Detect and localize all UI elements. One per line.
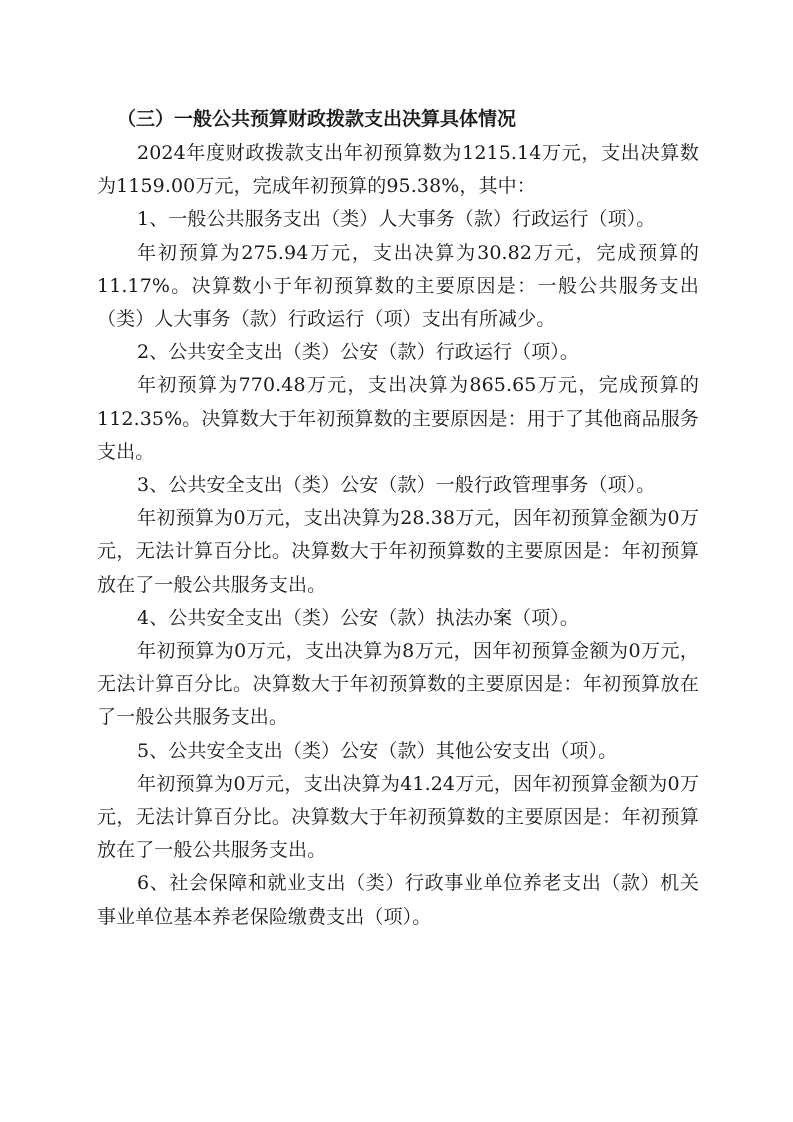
item-heading-4: 4、公共安全支出（类）公安（款）执法办案（项）。 [97,602,699,635]
item-detail-5: 年初预算为0万元，支出决算为41.24万元，因年初预算金额为0万元，无法计算百分… [97,768,699,868]
item-heading-5: 5、公共安全支出（类）公安（款）其他公安支出（项）。 [97,735,699,768]
item-detail-2: 年初预算为770.48万元，支出决算为865.65万元，完成预算的112.35%… [97,369,699,469]
item-heading-3: 3、公共安全支出（类）公安（款）一般行政管理事务（项）。 [97,469,699,502]
item-heading-6: 6、社会保障和就业支出（类）行政事业单位养老支出（款）机关事业单位基本养老保险缴… [97,867,699,933]
item-heading-2: 2、公共安全支出（类）公安（款）行政运行（项）。 [97,336,699,369]
item-detail-4: 年初预算为0万元，支出决算为8万元，因年初预算金额为0万元，无法计算百分比。决算… [97,635,699,735]
summary-paragraph: 2024年度财政拨款支出年初预算数为1215.14万元，支出决算数为1159.0… [97,137,699,203]
item-heading-1: 1、一般公共服务支出（类）人大事务（款）行政运行（项）。 [97,203,699,236]
section-title: （三）一般公共预算财政拨款支出决算具体情况 [117,103,699,135]
item-detail-3: 年初预算为0万元，支出决算为28.38万元，因年初预算金额为0万元，无法计算百分… [97,502,699,602]
item-detail-1: 年初预算为275.94万元，支出决算为30.82万元，完成预算的11.17%。决… [97,237,699,337]
document-page: （三）一般公共预算财政拨款支出决算具体情况 2024年度财政拨款支出年初预算数为… [97,103,699,934]
